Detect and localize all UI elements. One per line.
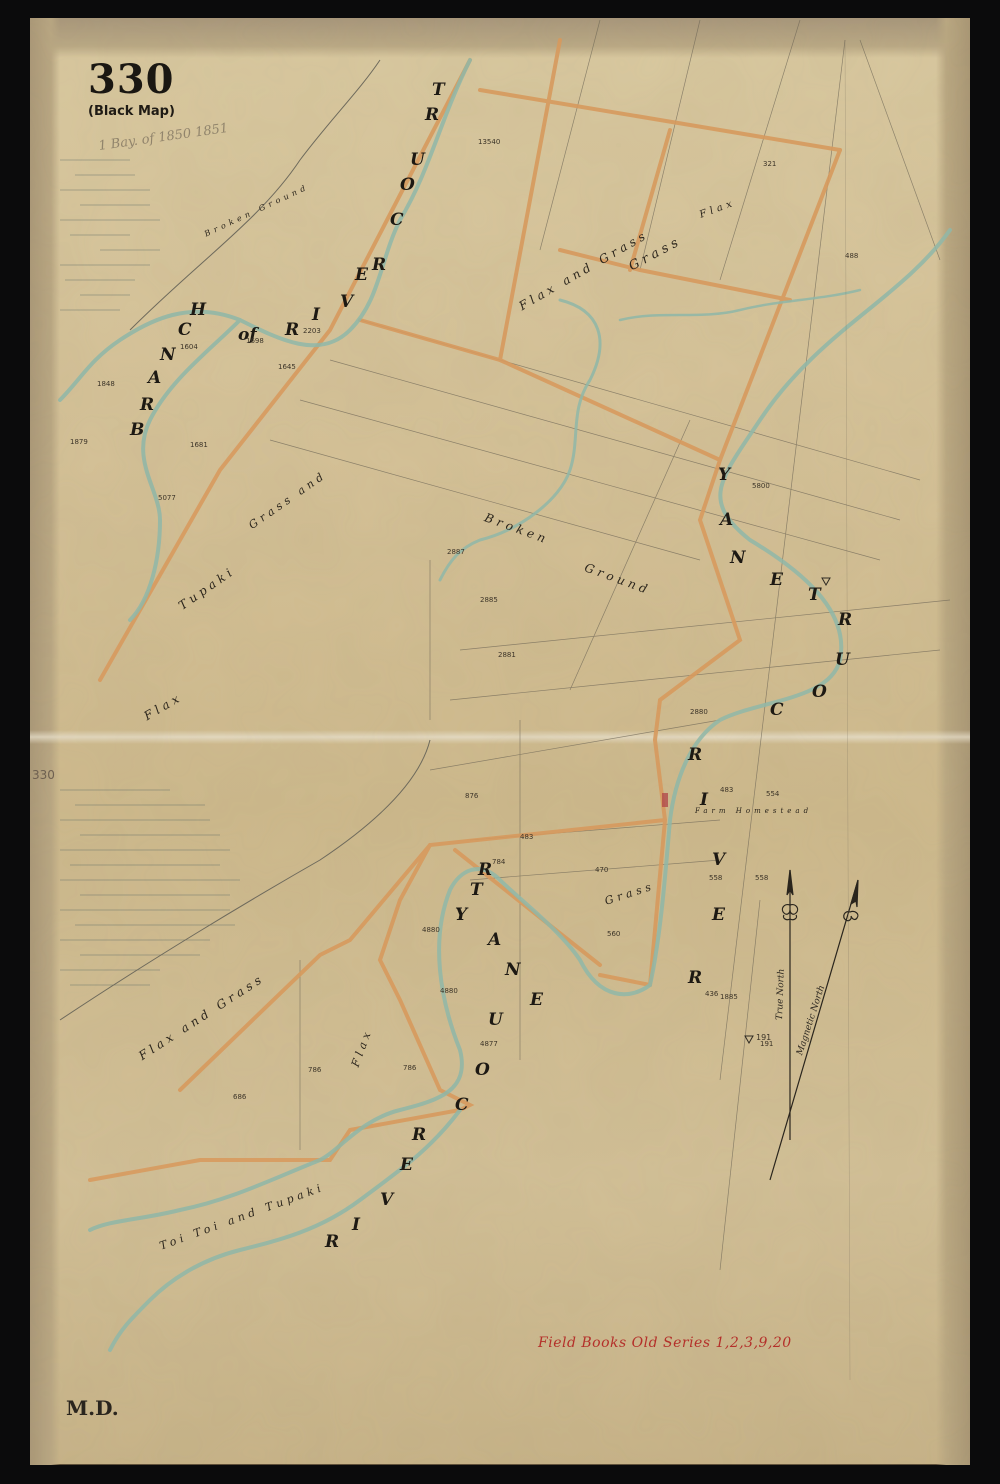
section-number: 1681 [190, 441, 208, 449]
river-name-letter: E [355, 265, 368, 285]
true-north-label: True North [775, 969, 787, 1021]
section-number: 1885 [720, 993, 738, 1001]
river-name-letter: Y [718, 465, 730, 485]
section-number: 5800 [752, 482, 770, 490]
river-name-letter: N [505, 960, 521, 980]
section-number: 2885 [480, 596, 498, 604]
survey-map-drawing [0, 0, 1000, 1484]
river-name-letter: A [148, 368, 161, 388]
section-number: 686 [233, 1093, 246, 1101]
river-name-letter: B [130, 420, 144, 440]
section-number: 2887 [447, 548, 465, 556]
river-name-letter: A [488, 930, 501, 950]
section-number: 13540 [478, 138, 500, 146]
river-name-letter: T [808, 585, 821, 605]
river-name-letter: V [712, 850, 725, 870]
river-name-letter: R [425, 105, 439, 125]
section-number: 1604 [180, 343, 198, 351]
section-number: 2880 [690, 708, 708, 716]
section-number: 321 [763, 160, 776, 168]
area-label: Farm Homestead [695, 807, 812, 815]
river-name-letter: V [340, 292, 353, 312]
section-number: 1698 [246, 337, 264, 345]
river-name-letter: E [530, 990, 543, 1010]
river-name-letter: C [178, 320, 192, 340]
river-name-letter: R [688, 968, 702, 988]
river-name-letter: R [372, 255, 386, 275]
section-number: 560 [607, 930, 620, 938]
river-name-letter: T [470, 880, 483, 900]
section-number: 5077 [158, 494, 176, 502]
river-name-letter: C [770, 700, 784, 720]
sheet-subtitle: (Black Map) [88, 104, 175, 119]
section-number: 1645 [278, 363, 296, 371]
river-name-letter: C [390, 210, 404, 230]
river-name-letter: E [770, 570, 783, 590]
river-name-letter: N [730, 548, 746, 568]
section-number: 558 [755, 874, 768, 882]
river-name-letter: I [352, 1215, 360, 1235]
trig-station-label: 191 [756, 1033, 771, 1042]
river-name-letter: E [400, 1155, 413, 1175]
river-name-letter: R [688, 745, 702, 765]
river-name-letter: R [140, 395, 154, 415]
field-books-note: Field Books Old Series 1,2,3,9,20 [538, 1335, 792, 1351]
river-name-letter: R [325, 1232, 339, 1252]
river-name-letter: R [285, 320, 299, 340]
section-number: 558 [709, 874, 722, 882]
sheet-number: 330 [88, 60, 175, 100]
homestead-marker [662, 793, 668, 807]
section-number: 2203 [303, 327, 321, 335]
section-number: 4880 [440, 987, 458, 995]
river-name-letter: I [312, 305, 320, 325]
river-name-letter: E [712, 905, 725, 925]
section-number: 2881 [498, 651, 516, 659]
river-name-letter: O [812, 682, 827, 702]
section-number: 1848 [97, 380, 115, 388]
river-name-letter: A [720, 510, 733, 530]
section-number: 470 [595, 866, 608, 874]
section-number: 488 [845, 252, 858, 260]
side-sheet-number: 330 [32, 768, 55, 782]
river-name-letter: U [488, 1010, 503, 1030]
river-name-letter: U [835, 650, 850, 670]
river-name-letter: H [190, 300, 206, 320]
river-name-letter: C [455, 1095, 469, 1115]
section-number: 483 [520, 833, 533, 841]
river-name-letter: N [160, 345, 176, 365]
river-name-letter: R [478, 860, 492, 880]
section-number: 786 [403, 1064, 416, 1072]
section-number: 4877 [480, 1040, 498, 1048]
river-name-letter: R [412, 1125, 426, 1145]
river-name-letter: T [432, 80, 445, 100]
river-name-letter: R [838, 610, 852, 630]
section-number: 554 [766, 790, 779, 798]
river-name-letter: I [700, 790, 708, 810]
river-name-letter: O [400, 175, 415, 195]
section-number: 436 [705, 990, 718, 998]
river-name-letter: V [380, 1190, 393, 1210]
section-number: 876 [465, 792, 478, 800]
river-name-letter: Y [455, 905, 467, 925]
section-number: 786 [308, 1066, 321, 1074]
district-label: M.D. [66, 1396, 119, 1420]
river-name-letter: U [410, 150, 425, 170]
section-number: 784 [492, 858, 505, 866]
section-number: 483 [720, 786, 733, 794]
section-number: 4880 [422, 926, 440, 934]
section-number: 1879 [70, 438, 88, 446]
river-name-letter: O [475, 1060, 490, 1080]
